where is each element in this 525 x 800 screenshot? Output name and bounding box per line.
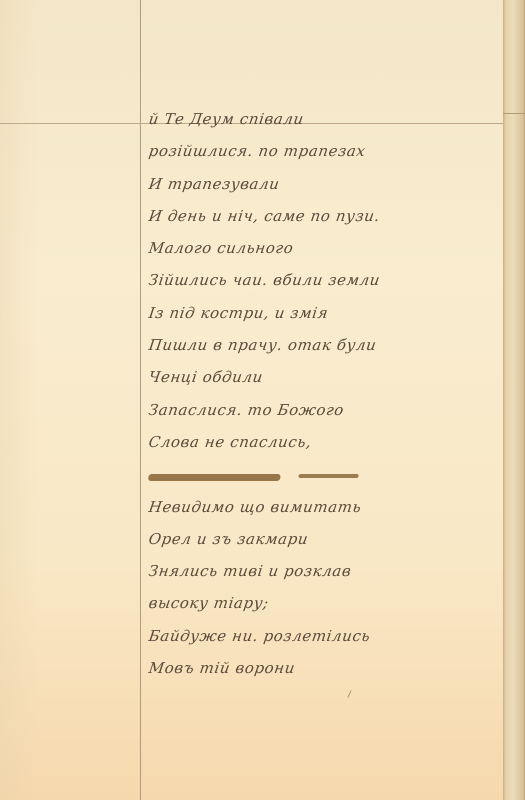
line-text: И трапезували <box>148 175 281 193</box>
text-line-10: Запаслися. то Божого <box>146 398 491 430</box>
line-text: Із під костри, и змія <box>148 304 330 322</box>
text-line-17: Байдуже ни. розлетілись <box>146 624 491 656</box>
struck-line <box>146 462 491 494</box>
line-text: Пишли в прачу. отак були <box>148 336 378 354</box>
line-text: розійшлися. по трапезах <box>148 142 367 160</box>
line-text: Байдуже ни. розлетілись <box>148 627 372 645</box>
text-line-8: Пишли в прачу. отак були <box>146 333 491 365</box>
text-line-9: Ченці обдили <box>146 365 491 397</box>
line-text: й Те Деум співали <box>148 110 306 128</box>
text-line-16: высоку тіару; <box>146 591 491 623</box>
strike-mark-2 <box>298 474 359 478</box>
text-line-15: Знялись тиві и розклав <box>146 559 491 591</box>
line-text: Невидимо що вимитать <box>148 498 363 516</box>
handwritten-text: й Те Деум співали розійшлися. по трапеза… <box>146 107 486 688</box>
next-page-rule <box>503 113 525 114</box>
text-line-2: розійшлися. по трапезах <box>146 139 491 171</box>
text-line-11: Слова не спаслись, <box>146 430 491 462</box>
strikethrough-scribble <box>147 462 156 486</box>
line-text: Запаслися. то Божого <box>148 401 346 419</box>
line-text: Мовъ тій ворони <box>148 659 297 677</box>
margin-rule <box>140 0 141 800</box>
strike-mark-1 <box>148 474 281 481</box>
line-text: Слова не спаслись, <box>148 433 313 451</box>
text-line-1: й Те Деум співали <box>146 107 491 139</box>
line-text: И день и ніч, саме по пузи. <box>148 207 382 225</box>
line-text: Зійшлись чаи. вбили земли <box>148 271 382 289</box>
line-text: высоку тіару; <box>148 594 270 612</box>
text-line-5: Малого сильного <box>146 236 491 268</box>
line-text: Малого сильного <box>148 239 295 257</box>
text-line-3: И трапезували <box>146 172 491 204</box>
text-line-18: Мовъ тій ворони <box>146 656 491 688</box>
line-text: Орел и зъ закмари <box>148 530 310 548</box>
text-line-4: И день и ніч, саме по пузи. <box>146 204 491 236</box>
text-line-7: Із під костри, и змія <box>146 301 491 333</box>
line-text: Знялись тиві и розклав <box>148 562 353 580</box>
page-edge-right <box>503 0 525 800</box>
text-line-13: Невидимо що вимитать <box>146 495 491 527</box>
text-line-6: Зійшлись чаи. вбили земли <box>146 268 491 300</box>
line-text: Ченці обдили <box>148 368 265 386</box>
text-line-14: Орел и зъ закмари <box>146 527 491 559</box>
